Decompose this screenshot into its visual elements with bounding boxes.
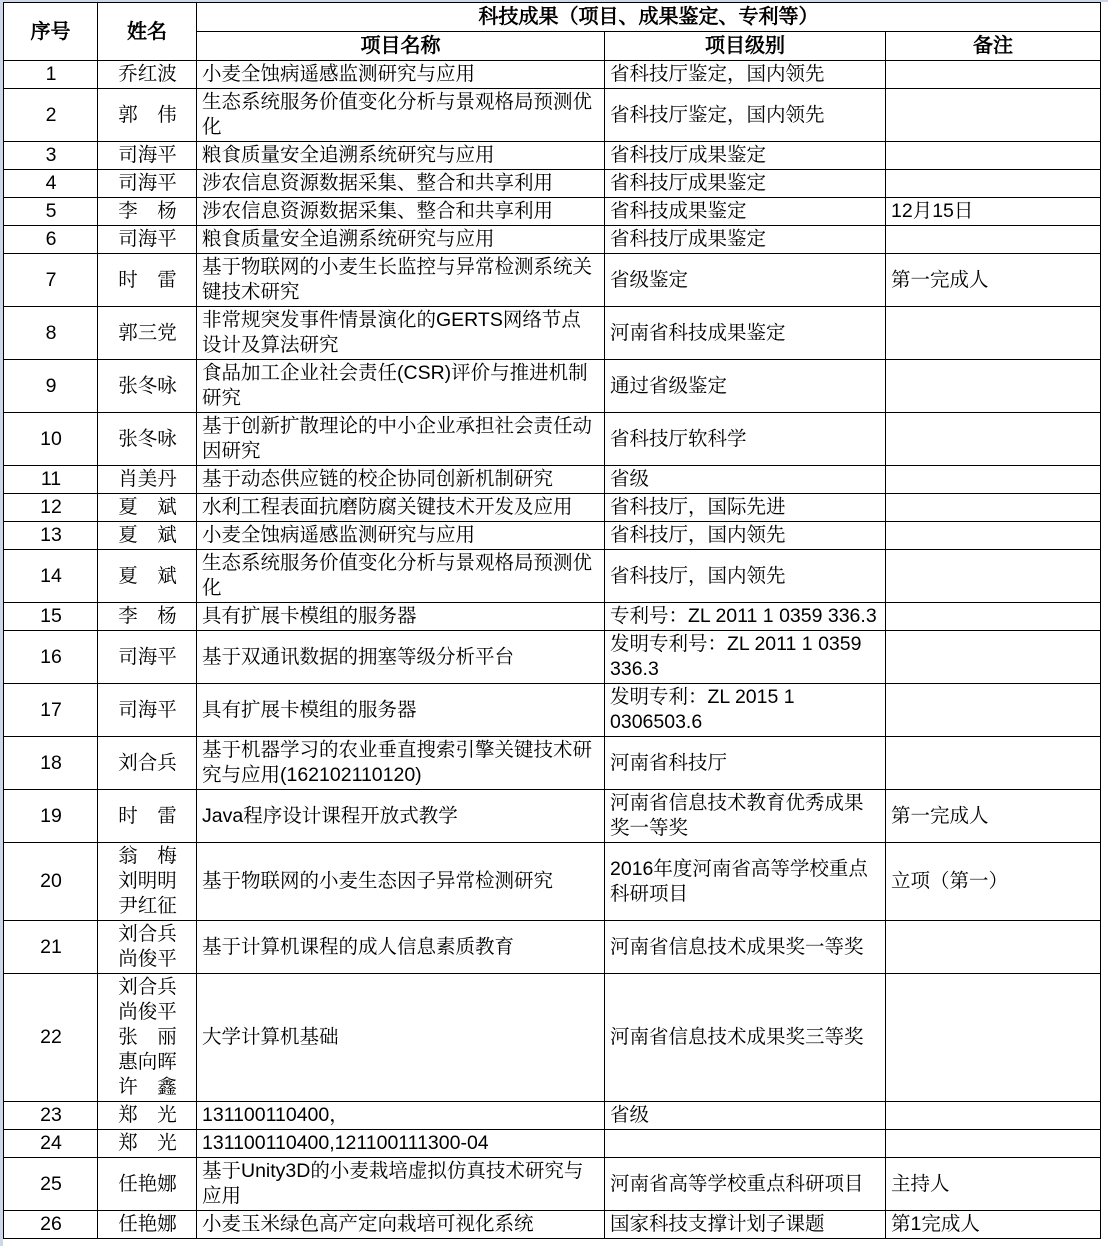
table-row: 4 司海平 涉农信息资源数据采集、整合和共享利用 省科技厅成果鉴定 [4,170,1101,198]
level-cell: 发明专利号：ZL 2011 1 0359 336.3 [605,631,886,684]
serial-cell: 11 [4,466,98,494]
level-cell: 2016年度河南省高等学校重点科研项目 [605,843,886,921]
remark-cell: 立项（第一） [886,843,1101,921]
project-cell: 食品加工企业社会责任(CSR)评价与推进机制研究 [197,360,605,413]
level-cell: 河南省信息技术成果奖三等奖 [605,974,886,1102]
table-row: 16 司海平 基于双通讯数据的拥塞等级分析平台 发明专利号：ZL 2011 1 … [4,631,1101,684]
table-row: 20 翁 梅 刘明明 尹红征 基于物联网的小麦生态因子异常检测研究 2016年度… [4,843,1101,921]
level-cell: 省科技成果鉴定 [605,198,886,226]
name-cell: 司海平 [98,142,197,170]
remark-cell: 第一完成人 [886,254,1101,307]
serial-cell: 13 [4,522,98,550]
name-cell: 郑 光 [98,1130,197,1158]
project-cell: 小麦全蚀病遥感监测研究与应用 [197,61,605,89]
name-cell: 郑 光 [98,1102,197,1130]
serial-cell: 23 [4,1102,98,1130]
header-row-1: 序号 姓名 科技成果（项目、成果鉴定、专利等） [4,3,1101,32]
serial-cell: 21 [4,921,98,974]
level-cell: 省科技厅成果鉴定 [605,170,886,198]
table-row: 19 时 雷 Java程序设计课程开放式教学 河南省信息技术教育优秀成果奖一等奖… [4,790,1101,843]
table-row: 25 任艳娜 基于Unity3D的小麦栽培虚拟仿真技术研究与应用 河南省高等学校… [4,1158,1101,1211]
serial-cell: 8 [4,307,98,360]
table-row: 17 司海平 具有扩展卡模组的服务器 发明专利：ZL 2015 1 030650… [4,684,1101,737]
project-cell: 具有扩展卡模组的服务器 [197,603,605,631]
remark-cell [886,974,1101,1102]
remark-cell [886,142,1101,170]
header-project: 项目名称 [197,32,605,61]
header-group-title: 科技成果（项目、成果鉴定、专利等） [197,3,1101,32]
name-cell: 任艳娜 [98,1211,197,1239]
project-cell: 小麦全蚀病遥感监测研究与应用 [197,522,605,550]
header-serial: 序号 [4,3,98,61]
table-body: 1 乔红波 小麦全蚀病遥感监测研究与应用 省科技厅鉴定，国内领先 2 郭 伟 生… [4,61,1101,1239]
project-cell: 水利工程表面抗磨防腐关键技术开发及应用 [197,494,605,522]
project-cell: 具有扩展卡模组的服务器 [197,684,605,737]
name-cell: 肖美丹 [98,466,197,494]
table-row: 2 郭 伟 生态系统服务价值变化分析与景观格局预测优化 省科技厅鉴定，国内领先 [4,89,1101,142]
project-cell: 基于机器学习的农业垂直搜索引擎关键技术研究与应用(162102110120) [197,737,605,790]
project-cell: 基于双通讯数据的拥塞等级分析平台 [197,631,605,684]
level-cell: 省科技厅鉴定，国内领先 [605,89,886,142]
project-cell: 131100110400， [197,1102,605,1130]
project-cell: 基于物联网的小麦生长监控与异常检测系统关键技术研究 [197,254,605,307]
table-row: 1 乔红波 小麦全蚀病遥感监测研究与应用 省科技厅鉴定，国内领先 [4,61,1101,89]
level-cell: 省科技厅软科学 [605,413,886,466]
project-cell: 非常规突发事件情景演化的GERTS网络节点设计及算法研究 [197,307,605,360]
level-cell: 省级 [605,1102,886,1130]
name-cell: 郭三党 [98,307,197,360]
name-cell: 张冬咏 [98,360,197,413]
table-row: 15 李 杨 具有扩展卡模组的服务器 专利号：ZL 2011 1 0359 33… [4,603,1101,631]
level-cell: 通过省级鉴定 [605,360,886,413]
level-cell: 省科技厅，国内领先 [605,522,886,550]
project-cell: 大学计算机基础 [197,974,605,1102]
header-remark: 备注 [886,32,1101,61]
project-cell: 基于计算机课程的成人信息素质教育 [197,921,605,974]
project-cell: 生态系统服务价值变化分析与景观格局预测优化 [197,89,605,142]
remark-cell: 第一完成人 [886,790,1101,843]
name-cell: 李 杨 [98,603,197,631]
name-cell: 司海平 [98,631,197,684]
serial-cell: 5 [4,198,98,226]
serial-cell: 17 [4,684,98,737]
remark-cell [886,494,1101,522]
level-cell: 省科技厅成果鉴定 [605,226,886,254]
project-cell: Java程序设计课程开放式教学 [197,790,605,843]
remark-cell [886,737,1101,790]
remark-cell [886,550,1101,603]
serial-cell: 24 [4,1130,98,1158]
remark-cell [886,631,1101,684]
table-row: 14 夏 斌 生态系统服务价值变化分析与景观格局预测优化 省科技厅，国内领先 [4,550,1101,603]
table-row: 13 夏 斌 小麦全蚀病遥感监测研究与应用 省科技厅，国内领先 [4,522,1101,550]
name-cell: 郭 伟 [98,89,197,142]
header-level: 项目级别 [605,32,886,61]
level-cell: 河南省信息技术教育优秀成果奖一等奖 [605,790,886,843]
name-cell: 乔红波 [98,61,197,89]
remark-cell [886,226,1101,254]
remark-cell [886,1102,1101,1130]
level-cell [605,1130,886,1158]
name-cell: 刘合兵 尚俊平 [98,921,197,974]
name-cell: 时 雷 [98,254,197,307]
table-row: 12 夏 斌 水利工程表面抗磨防腐关键技术开发及应用 省科技厅，国际先进 [4,494,1101,522]
table-row: 11 肖美丹 基于动态供应链的校企协同创新机制研究 省级 [4,466,1101,494]
level-cell: 省级 [605,466,886,494]
level-cell: 专利号：ZL 2011 1 0359 336.3 [605,603,886,631]
remark-cell [886,89,1101,142]
remark-cell [886,413,1101,466]
serial-cell: 20 [4,843,98,921]
project-cell: 粮食质量安全追溯系统研究与应用 [197,142,605,170]
serial-cell: 19 [4,790,98,843]
remark-cell [886,522,1101,550]
project-cell: 小麦玉米绿色高产定向栽培可视化系统 [197,1211,605,1239]
name-cell: 任艳娜 [98,1158,197,1211]
table-row: 9 张冬咏 食品加工企业社会责任(CSR)评价与推进机制研究 通过省级鉴定 [4,360,1101,413]
remark-cell [886,170,1101,198]
serial-cell: 14 [4,550,98,603]
remark-cell [886,360,1101,413]
level-cell: 河南省高等学校重点科研项目 [605,1158,886,1211]
table-row: 8 郭三党 非常规突发事件情景演化的GERTS网络节点设计及算法研究 河南省科技… [4,307,1101,360]
serial-cell: 22 [4,974,98,1102]
table-row: 24 郑 光 131100110400,121100111300-04 [4,1130,1101,1158]
level-cell: 国家科技支撑计划子课题 [605,1211,886,1239]
name-cell: 夏 斌 [98,550,197,603]
name-cell: 夏 斌 [98,522,197,550]
remark-cell [886,61,1101,89]
name-cell: 司海平 [98,226,197,254]
project-cell: 基于动态供应链的校企协同创新机制研究 [197,466,605,494]
remark-cell [886,603,1101,631]
remark-cell: 12月15日 [886,198,1101,226]
remark-cell [886,921,1101,974]
serial-cell: 2 [4,89,98,142]
level-cell: 省科技厅，国内领先 [605,550,886,603]
remark-cell: 第1完成人 [886,1211,1101,1239]
serial-cell: 12 [4,494,98,522]
table-row: 22 刘合兵 尚俊平 张 丽 惠向晖 许 鑫 大学计算机基础 河南省信息技术成果… [4,974,1101,1102]
serial-cell: 26 [4,1211,98,1239]
serial-cell: 3 [4,142,98,170]
name-cell: 刘合兵 尚俊平 张 丽 惠向晖 许 鑫 [98,974,197,1102]
header-name: 姓名 [98,3,197,61]
name-cell: 刘合兵 [98,737,197,790]
name-cell: 时 雷 [98,790,197,843]
remark-cell [886,684,1101,737]
level-cell: 省科技厅，国际先进 [605,494,886,522]
name-cell: 翁 梅 刘明明 尹红征 [98,843,197,921]
project-cell: 基于创新扩散理论的中小企业承担社会责任动因研究 [197,413,605,466]
remark-cell [886,1130,1101,1158]
table-row: 18 刘合兵 基于机器学习的农业垂直搜索引擎关键技术研究与应用(16210211… [4,737,1101,790]
level-cell: 发明专利：ZL 2015 1 0306503.6 [605,684,886,737]
level-cell: 省级鉴定 [605,254,886,307]
remark-cell [886,307,1101,360]
table-row: 7 时 雷 基于物联网的小麦生长监控与异常检测系统关键技术研究 省级鉴定 第一完… [4,254,1101,307]
table-row: 21 刘合兵 尚俊平 基于计算机课程的成人信息素质教育 河南省信息技术成果奖一等… [4,921,1101,974]
table-row: 26 任艳娜 小麦玉米绿色高产定向栽培可视化系统 国家科技支撑计划子课题 第1完… [4,1211,1101,1239]
level-cell: 省科技厅成果鉴定 [605,142,886,170]
name-cell: 司海平 [98,684,197,737]
serial-cell: 16 [4,631,98,684]
project-cell: 131100110400,121100111300-04 [197,1130,605,1158]
level-cell: 河南省科技成果鉴定 [605,307,886,360]
serial-cell: 18 [4,737,98,790]
serial-cell: 1 [4,61,98,89]
project-cell: 基于物联网的小麦生态因子异常检测研究 [197,843,605,921]
table-row: 10 张冬咏 基于创新扩散理论的中小企业承担社会责任动因研究 省科技厅软科学 [4,413,1101,466]
table-row: 23 郑 光 131100110400， 省级 [4,1102,1101,1130]
project-cell: 涉农信息资源数据采集、整合和共享利用 [197,198,605,226]
level-cell: 河南省信息技术成果奖一等奖 [605,921,886,974]
table-row: 6 司海平 粮食质量安全追溯系统研究与应用 省科技厅成果鉴定 [4,226,1101,254]
table-row: 3 司海平 粮食质量安全追溯系统研究与应用 省科技厅成果鉴定 [4,142,1101,170]
project-cell: 涉农信息资源数据采集、整合和共享利用 [197,170,605,198]
serial-cell: 9 [4,360,98,413]
name-cell: 司海平 [98,170,197,198]
level-cell: 省科技厅鉴定，国内领先 [605,61,886,89]
serial-cell: 10 [4,413,98,466]
name-cell: 张冬咏 [98,413,197,466]
serial-cell: 4 [4,170,98,198]
serial-cell: 15 [4,603,98,631]
document-sheet: 序号 姓名 科技成果（项目、成果鉴定、专利等） 项目名称 项目级别 备注 1 乔… [0,0,1108,1246]
serial-cell: 7 [4,254,98,307]
remark-cell: 主持人 [886,1158,1101,1211]
name-cell: 夏 斌 [98,494,197,522]
achievements-table: 序号 姓名 科技成果（项目、成果鉴定、专利等） 项目名称 项目级别 备注 1 乔… [3,2,1101,1239]
table-header: 序号 姓名 科技成果（项目、成果鉴定、专利等） 项目名称 项目级别 备注 [4,3,1101,61]
serial-cell: 6 [4,226,98,254]
project-cell: 基于Unity3D的小麦栽培虚拟仿真技术研究与应用 [197,1158,605,1211]
table-row: 5 李 杨 涉农信息资源数据采集、整合和共享利用 省科技成果鉴定 12月15日 [4,198,1101,226]
level-cell: 河南省科技厅 [605,737,886,790]
remark-cell [886,466,1101,494]
serial-cell: 25 [4,1158,98,1211]
project-cell: 粮食质量安全追溯系统研究与应用 [197,226,605,254]
project-cell: 生态系统服务价值变化分析与景观格局预测优化 [197,550,605,603]
name-cell: 李 杨 [98,198,197,226]
